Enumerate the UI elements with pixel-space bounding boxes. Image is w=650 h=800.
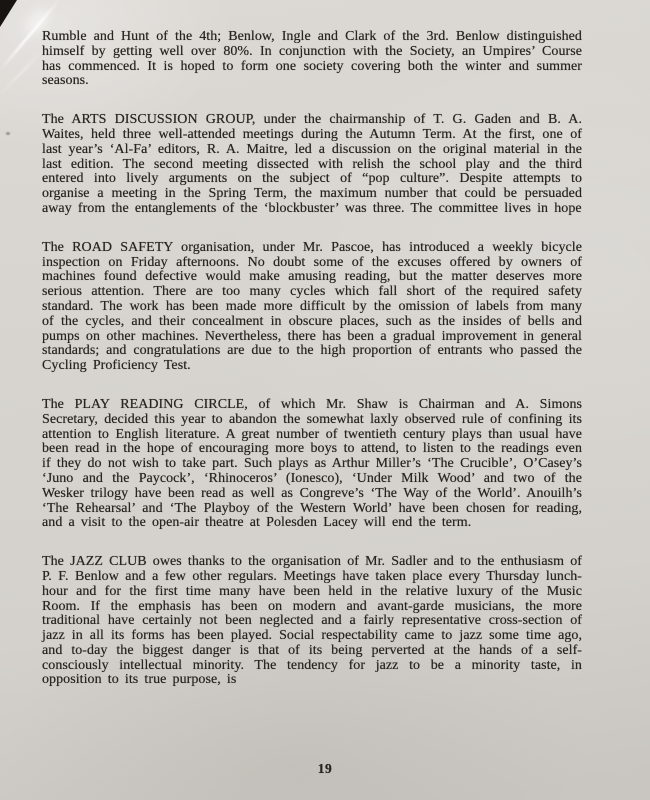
paragraph-jazz-club: The JAZZ CLUB owes thanks to the organis… (42, 555, 582, 688)
paragraph-road-safety: The ROAD SAFETY organisation, under Mr. … (42, 241, 582, 374)
paper-crease (0, 50, 43, 96)
paragraph-play-reading-circle: The PLAY READING CIRCLE, of which Mr. Sh… (42, 398, 582, 531)
page-number: 19 (0, 761, 650, 777)
paragraph-intro-continued: Rumble and Hunt of the 4th; Benlow, Ingl… (42, 30, 582, 89)
page-content: Rumble and Hunt of the 4th; Benlow, Ingl… (42, 30, 582, 712)
paragraph-arts-discussion-group: The ARTS DISCUSSION GROUP, under the cha… (42, 113, 582, 217)
paper-speck (6, 132, 10, 135)
scan-corner-artifact (0, 0, 17, 27)
scanned-page: Rumble and Hunt of the 4th; Benlow, Ingl… (0, 0, 650, 800)
